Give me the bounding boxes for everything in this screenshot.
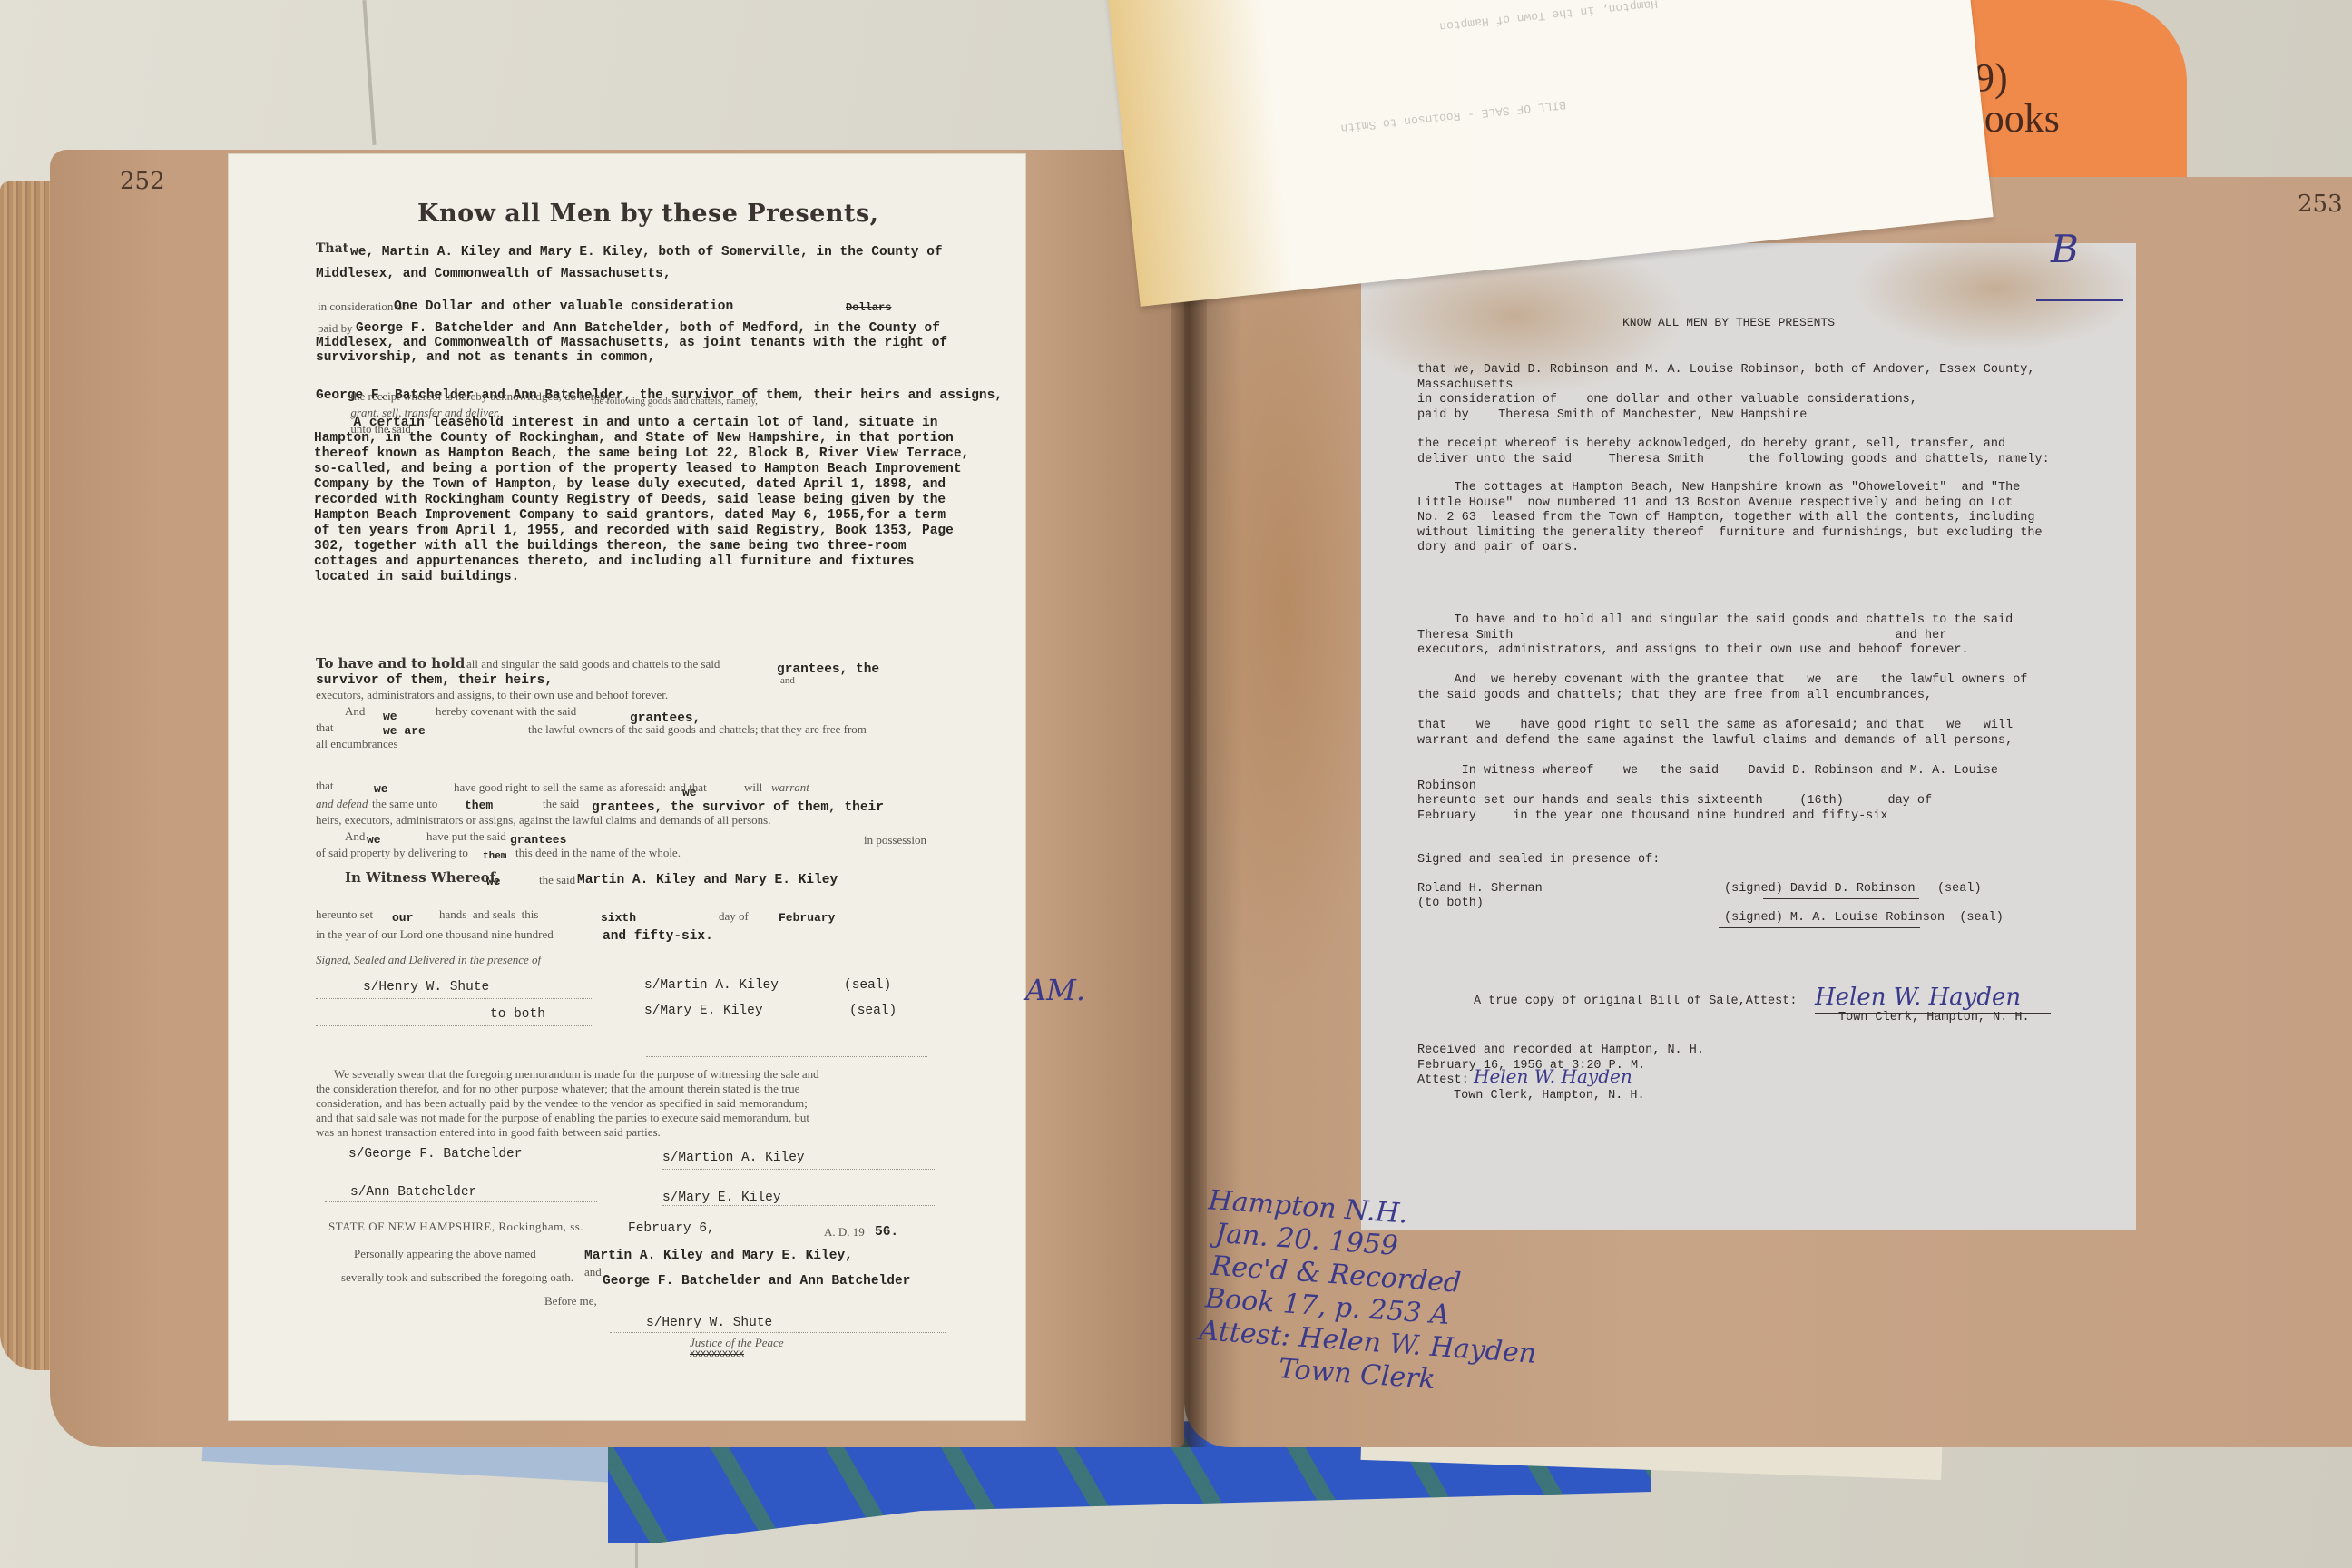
covenant-line: the said goods and chattels; that they a…: [1417, 689, 2027, 704]
hereunto-day-of: day of: [719, 909, 749, 924]
grantor-signature-2: s/Mary E. Kiley: [644, 1004, 763, 1018]
hereunto-our: our: [392, 911, 413, 925]
right-heirs: heirs, executors, administrators or assi…: [316, 813, 770, 828]
consideration-value: One Dollar and other valuable considerat…: [394, 299, 733, 314]
habendum-line: Theresa Smith and her: [1417, 629, 2013, 644]
oath-signature-4: s/Mary E. Kiley: [662, 1191, 781, 1205]
description-line: No. 2 63 leased from the Town of Hampton…: [1417, 511, 2043, 526]
right-to-sell-block: that we have good right to sell the same…: [1417, 719, 2013, 749]
appearing-label: Personally appearing the above named: [354, 1247, 536, 1261]
habendum-line: To have and to hold all and singular the…: [1417, 613, 2013, 629]
witness-line: February in the year one thousand nine h…: [1417, 809, 1998, 825]
seal-1: (seal): [844, 978, 891, 993]
signature-line: [646, 1024, 927, 1024]
covenant-we: we: [383, 710, 397, 723]
oath-line: and that said sale was not made for the …: [316, 1111, 942, 1125]
possession-them: them: [483, 851, 506, 862]
possession-end: of said property by delivering to: [316, 846, 468, 860]
habendum-line: executors, administrators, and assigns t…: [1417, 643, 2013, 659]
witness-line: In witness whereof we the said David D. …: [1417, 764, 1998, 779]
witness-line: hereunto set our hands and seals this si…: [1417, 794, 1998, 809]
covenant-encumbrances: all encumbrances: [316, 737, 398, 751]
clerk-title: Town Clerk, Hampton, N. H.: [1838, 1011, 2030, 1024]
grantees-line-2: Middlesex, and Commonwealth of Massachus…: [316, 336, 947, 350]
state-label: STATE OF NEW HAMPSHIRE, Rockingham, ss.: [328, 1220, 583, 1234]
signature-line: [662, 1169, 935, 1170]
state-year: 56.: [875, 1225, 898, 1240]
description-line: without limiting the generality thereof …: [1417, 526, 2043, 542]
possession-and: And: [345, 829, 365, 844]
hereunto-label: hereunto set: [316, 907, 373, 922]
signed-label: Signed and sealed in presence of:: [1417, 853, 1660, 867]
oath-signature-1: s/George F. Batchelder: [348, 1147, 522, 1161]
right-we-2: we: [682, 786, 697, 799]
intro-line: paid by Theresa Smith of Manchester, New…: [1417, 408, 2035, 424]
true-copy-attest: A true copy of original Bill of Sale,Att…: [1474, 995, 1797, 1008]
intro-line: in consideration of one dollar and other…: [1417, 393, 2035, 408]
description-line: A certain leasehold interest in and unto…: [314, 416, 969, 431]
signature-line: [646, 995, 927, 995]
right-text: have good right to sell the same as afor…: [454, 780, 707, 795]
hereunto-month: February: [779, 911, 835, 925]
bill-of-sale-kiley: Know all Men by these Presents, That we,…: [229, 154, 1025, 1420]
intro-block: that we, David D. Robinson and M. A. Lou…: [1417, 363, 2035, 423]
corner-mark-underline: [2036, 299, 2123, 301]
hereunto-day: sixth: [601, 911, 636, 925]
appearing-and: and: [584, 1265, 602, 1279]
hereunto-hands: hands and seals this: [439, 907, 538, 922]
oath-signature-3: s/Ann Batchelder: [350, 1185, 476, 1200]
witness-line: Robinson: [1417, 779, 1998, 795]
right-said: the said: [543, 797, 579, 811]
possession-in: in possession: [864, 833, 926, 848]
oath-line: consideration, and has been actually pai…: [316, 1096, 942, 1111]
faint-reversed-text: BILL OF SALE - Robinson to Smith: [1340, 98, 1567, 135]
witness-to-both: to both: [490, 1007, 545, 1022]
possession-we: we: [367, 833, 381, 847]
right-defend: and defend: [316, 797, 367, 811]
description-line: of ten years from April 1, 1955, and rec…: [314, 524, 969, 539]
description-line: Hampton, in the County of Rockingham, an…: [314, 431, 969, 446]
signature-line: [646, 1056, 927, 1057]
covenant-owner: the lawful owners of the said goods and …: [528, 722, 867, 737]
faint-reversed-text: Hampton, in the Town of Hampton: [1439, 0, 1659, 34]
description-line: so-called, and being a portion of the pr…: [314, 462, 969, 477]
handwritten-recording-note: Hampton N.H. Jan. 20. 1959 Rec'd & Recor…: [1196, 1184, 1546, 1403]
covenant-block: And we hereby covenant with the grantee …: [1417, 673, 2027, 703]
bill-of-sale-robinson: B KNOW ALL MEN BY THESE PRESENTS that we…: [1361, 243, 2136, 1230]
description-line: 302, together with all the buildings the…: [314, 539, 969, 554]
goods-label: the following goods and chattels, namely…: [592, 396, 758, 407]
habendum-end: executors, administrators and assigns, t…: [316, 688, 668, 702]
property-description: A certain leasehold interest in and unto…: [314, 416, 969, 585]
state-ad: A. D. 19: [824, 1225, 865, 1240]
right-that: that: [316, 779, 334, 793]
right-warrant: warrant: [771, 780, 809, 795]
oath-paragraph: We severally swear that the foregoing me…: [316, 1067, 942, 1140]
witness-note: (to both): [1417, 897, 1484, 910]
signature-line: [662, 1205, 935, 1206]
attest-label: Attest:: [1417, 1073, 1469, 1087]
jp-title: Justice of the Peace: [690, 1336, 784, 1350]
habendum-text: all and singular the said goods and chat…: [466, 657, 720, 671]
intro-label: That: [316, 241, 348, 256]
signature-line: [610, 1332, 946, 1333]
signature-line: [325, 1201, 597, 1202]
page-number-right: 253: [2298, 191, 2343, 218]
description-line: cottages and appurtenances thereto, and …: [314, 554, 969, 570]
margin-handwriting: AM.: [1025, 973, 1085, 1007]
paid-by-label: paid by: [318, 321, 353, 336]
witness-signature: s/Henry W. Shute: [363, 980, 489, 995]
consideration-struck: Dollars: [846, 301, 891, 314]
grantor-signature-line: [1763, 898, 1919, 899]
oath-signature-2: s/Martion A. Kiley: [662, 1151, 805, 1165]
jp-signature: s/Henry W. Shute: [646, 1316, 772, 1330]
appearing-names-1: Martin A. Kiley and Mary E. Kiley,: [584, 1249, 853, 1263]
covenant-we-are: we are: [383, 724, 426, 738]
covenant-line: And we hereby covenant with the grantee …: [1417, 673, 2027, 689]
right-will: will: [744, 780, 762, 795]
seal-2: (seal): [849, 1004, 897, 1018]
book-spine: [1171, 177, 1207, 1447]
oath-line: the consideration therefor, and for no o…: [316, 1082, 942, 1096]
corner-mark-b: B: [2051, 227, 2079, 271]
water-stain: [1851, 225, 2141, 352]
possession-grantees: grantees: [510, 833, 566, 847]
habendum-block: To have and to hold all and singular the…: [1417, 613, 2013, 659]
description-block: The cottages at Hampton Beach, New Hamps…: [1417, 481, 2043, 556]
document-title: Know all Men by these Presents,: [417, 200, 879, 228]
grantor-signature-1: s/Martin A. Kiley: [644, 978, 779, 993]
description-line: located in said buildings.: [314, 570, 969, 585]
witness-block: In witness whereof we the said David D. …: [1417, 764, 1998, 824]
signed-label: Signed, Sealed and Delivered in the pres…: [316, 953, 541, 967]
witness-names: Martin A. Kiley and Mary E. Kiley: [577, 873, 838, 887]
covenant-and: And: [345, 704, 365, 719]
description-line: Hampton Beach Improvement Company to sai…: [314, 508, 969, 524]
oath-line: was an honest transaction entered into i…: [316, 1125, 942, 1140]
possession-end-2: this deed in the name of the whole.: [515, 846, 681, 860]
intro-line: Massachusetts: [1417, 378, 2035, 394]
possession-text: have put the said: [426, 829, 506, 844]
grantees-line-1: George F. Batchelder and Ann Batchelder,…: [356, 321, 940, 336]
right-line: that we have good right to sell the same…: [1417, 719, 2013, 734]
description-line: Little House" now numbered 11 and 13 Bos…: [1417, 496, 2043, 512]
witness-gothic: In Witness Whereof,: [345, 869, 500, 886]
intro-line: that we, David D. Robinson and M. A. Lou…: [1417, 363, 2035, 378]
habendum-gothic: To have and to hold: [316, 655, 465, 671]
description-line: recorded with Rockingham County Registry…: [314, 493, 969, 508]
receipt-block: the receipt whereof is hereby acknowledg…: [1417, 437, 2050, 467]
covenant-text: hereby covenant with the said: [436, 704, 576, 719]
receipt-line: the receipt whereof is hereby acknowledg…: [1417, 437, 2050, 453]
before-me: Before me,: [544, 1294, 597, 1308]
description-line: Company by the Town of Hampton, by lease…: [314, 477, 969, 493]
witness-said: the said: [539, 873, 575, 887]
appearing-names-2: George F. Batchelder and Ann Batchelder: [603, 1274, 910, 1289]
page-number-left: 252: [120, 168, 165, 195]
jp-struck: XXXXXXXXXX: [690, 1350, 744, 1360]
year-fill: and fifty-six.: [603, 929, 713, 944]
grantors-line-2: Middlesex, and Commonwealth of Massachus…: [316, 267, 671, 281]
habendum-and: and: [780, 675, 795, 686]
attest-signature: Helen W. Hayden: [1815, 984, 2021, 1011]
grantees-line-3: survivorship, and not as tenants in comm…: [316, 350, 655, 365]
grantor-signature-line: [1719, 927, 1920, 928]
receipt-line: deliver unto the said Theresa Smith the …: [1417, 453, 2050, 468]
attest-signature-2: Helen W. Hayden: [1474, 1065, 1632, 1087]
document-title: KNOW ALL MEN BY THESE PRESENTS: [1622, 316, 1835, 329]
oath-line: We severally swear that the foregoing me…: [316, 1067, 942, 1082]
habendum-fill-2: survivor of them, their heirs,: [316, 673, 553, 688]
right-same-unto: the same unto: [372, 797, 437, 811]
description-line: thereof known as Hampton Beach, the same…: [314, 446, 969, 462]
grantors-line: we, Martin A. Kiley and Mary E. Kiley, b…: [350, 245, 943, 260]
witness-we: we: [486, 875, 501, 888]
grantor-signature-1: (signed) David D. Robinson (seal): [1724, 882, 1982, 896]
consideration-label: in consideration of: [318, 299, 406, 314]
signature-line: [316, 998, 593, 999]
clerk-title-2: Town Clerk, Hampton, N. H.: [1454, 1089, 1645, 1102]
right-them: them: [465, 799, 493, 812]
witness-name: Roland H. Sherman: [1417, 882, 1543, 896]
signature-line: [316, 1025, 593, 1026]
description-line: dory and pair of oars.: [1417, 541, 2043, 556]
appearing-oath: severally took and subscribed the forego…: [341, 1270, 573, 1285]
description-line: The cottages at Hampton Beach, New Hamps…: [1417, 481, 2043, 496]
received-line: Received and recorded at Hampton, N. H.: [1417, 1044, 1704, 1059]
state-date: February 6,: [628, 1221, 715, 1236]
grantor-signature-2: (signed) M. A. Louise Robinson (seal): [1724, 911, 2004, 925]
covenant-that: that: [316, 720, 334, 735]
right-we: we: [374, 782, 388, 796]
year-text: in the year of our Lord one thousand nin…: [316, 927, 554, 942]
right-line: warrant and defend the same against the …: [1417, 734, 2013, 750]
